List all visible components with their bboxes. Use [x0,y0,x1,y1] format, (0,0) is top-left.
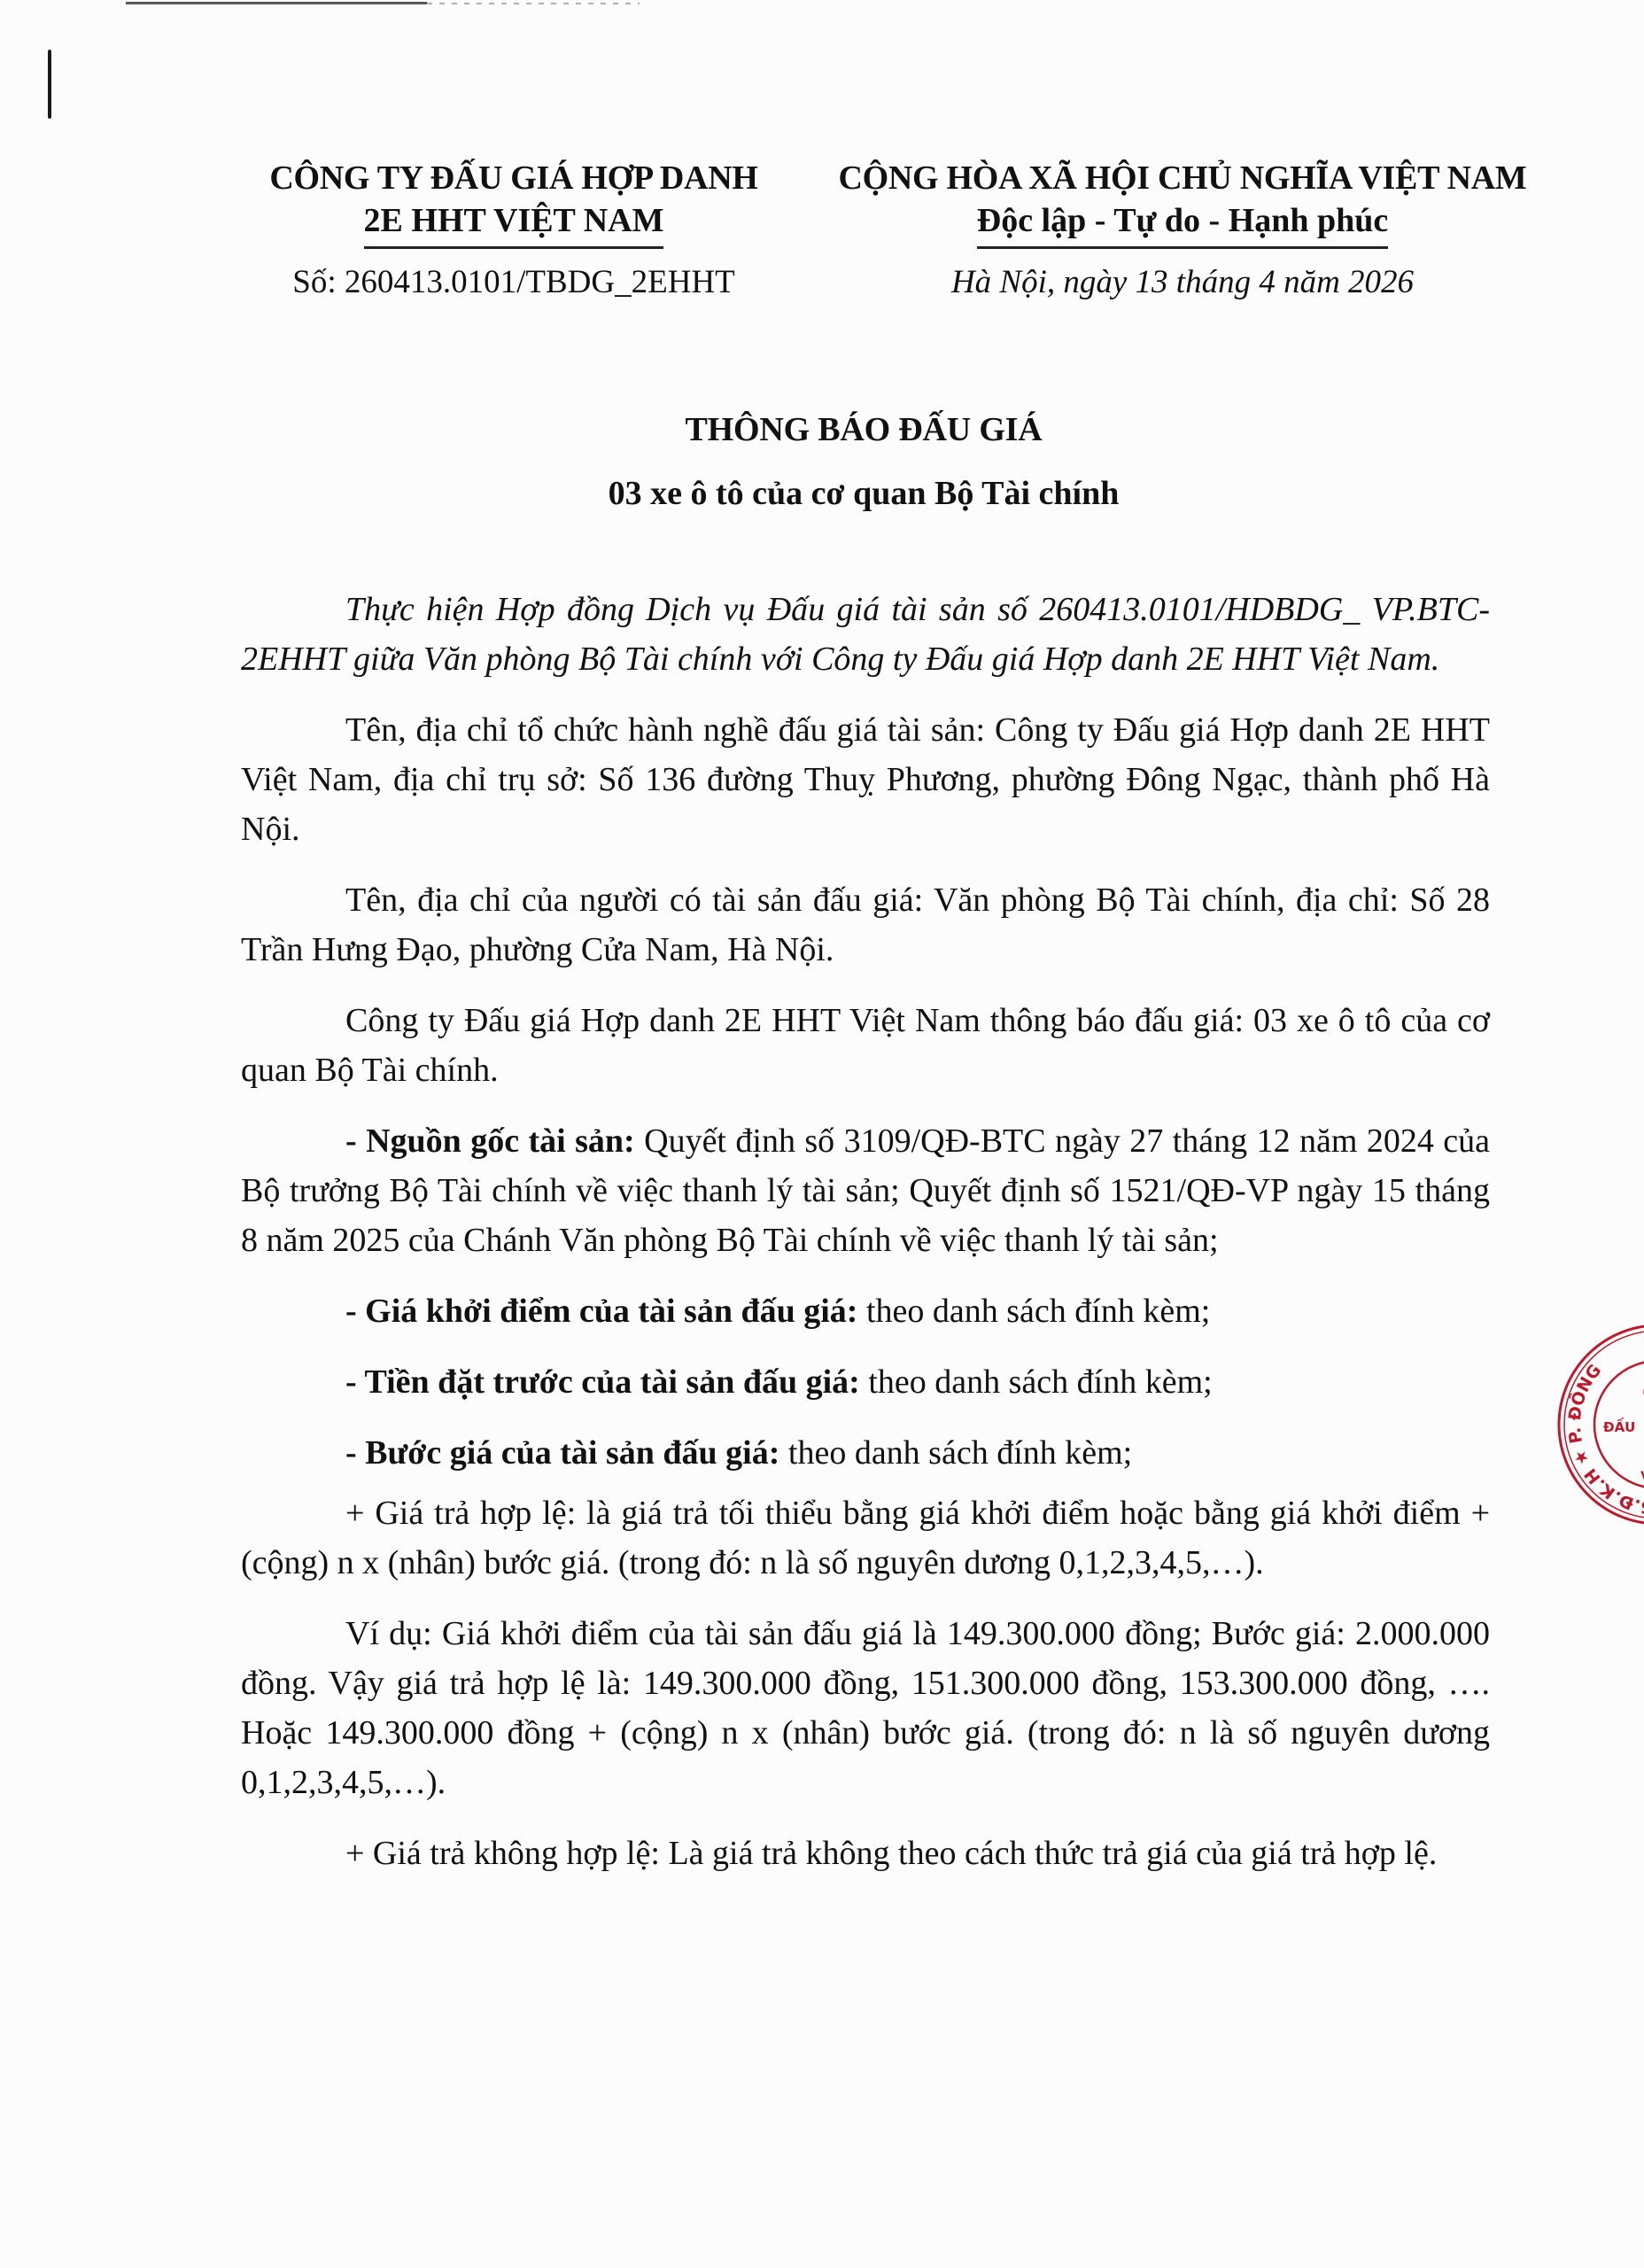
stamp-letter: V [1640,1467,1644,1492]
org-name-line1: CÔNG TY ĐẤU GIÁ HỢP DANH [230,158,797,198]
document-title: THÔNG BÁO ĐẤU GIÁ [221,409,1506,450]
item-label: - Giá khởi điểm của tài sản đấu giá: [345,1293,857,1330]
stamp-inner-text: ĐẤU [1603,1417,1635,1435]
item-text: theo danh sách đính kèm; [779,1434,1132,1472]
item-text: theo danh sách đính kèm; [860,1363,1213,1401]
place-date: Hà Nội, ngày 13 tháng 4 năm 2026 [815,263,1550,302]
scan-artifact-rule-faint [427,3,640,4]
red-seal-stamp-icon: S.Đ.K.H ★ P. ĐÔNG ĐẤU C 2 V [1552,1318,1644,1531]
header-national: CỘNG HÒA XÃ HỘI CHỦ NGHĨA VIỆT NAM Độc l… [815,158,1550,302]
item-text: theo danh sách đính kèm; [857,1293,1210,1330]
intro-paragraph: Thực hiện Hợp đồng Dịch vụ Đấu giá tài s… [241,585,1490,684]
document-subtitle: 03 xe ô tô của cơ quan Bộ Tài chính [221,473,1506,514]
margin-mark [48,50,51,119]
invalid-bid-paragraph: + Giá trả không hợp lệ: Là giá trả không… [241,1829,1490,1878]
owner-paragraph: Tên, địa chỉ của người có tài sản đấu gi… [241,875,1490,975]
example-paragraph: Ví dụ: Giá khởi điểm của tài sản đấu giá… [241,1609,1490,1807]
item-label: - Nguồn gốc tài sản: [345,1122,635,1160]
scan-artifact-rule [126,2,427,4]
national-motto: Độc lập - Tự do - Hạnh phúc [977,200,1389,249]
document-number: Số: 260413.0101/TBDG_2EHHT [230,263,797,302]
organizer-paragraph: Tên, địa chỉ tổ chức hành nghề đấu giá t… [241,705,1490,854]
item-asset-origin: - Nguồn gốc tài sản: Quyết định số 3109/… [241,1116,1490,1265]
stamp-outer-text: S.Đ.K.H ★ P. ĐÔNG [1565,1361,1644,1518]
org-name-line2: 2E HHT VIỆT NAM [364,200,664,249]
valid-bid-paragraph: + Giá trả hợp lệ: là giá trả tối thiểu b… [241,1488,1490,1588]
document-title-block: THÔNG BÁO ĐẤU GIÁ 03 xe ô tô của cơ quan… [221,409,1506,514]
item-starting-price: - Giá khởi điểm của tài sản đấu giá: the… [241,1286,1490,1336]
item-label: - Bước giá của tài sản đấu giá: [345,1434,779,1472]
announcement-paragraph: Công ty Đấu giá Hợp danh 2E HHT Việt Nam… [241,996,1490,1095]
document-body: Thực hiện Hợp đồng Dịch vụ Đấu giá tài s… [241,585,1490,1899]
nation-name: CỘNG HÒA XÃ HỘI CHỦ NGHĨA VIỆT NAM [815,158,1550,198]
item-bid-step: - Bước giá của tài sản đấu giá: theo dan… [241,1428,1490,1478]
header-organization: CÔNG TY ĐẤU GIÁ HỢP DANH 2E HHT VIỆT NAM… [230,158,797,302]
item-label: - Tiền đặt trước của tài sản đấu giá: [345,1363,860,1401]
svg-text:S.Đ.K.H ★ P. ĐÔNG: S.Đ.K.H ★ P. ĐÔNG [1565,1361,1644,1518]
item-deposit: - Tiền đặt trước của tài sản đấu giá: th… [241,1357,1490,1407]
document-page: CÔNG TY ĐẤU GIÁ HỢP DANH 2E HHT VIỆT NAM… [0,0,1644,2268]
